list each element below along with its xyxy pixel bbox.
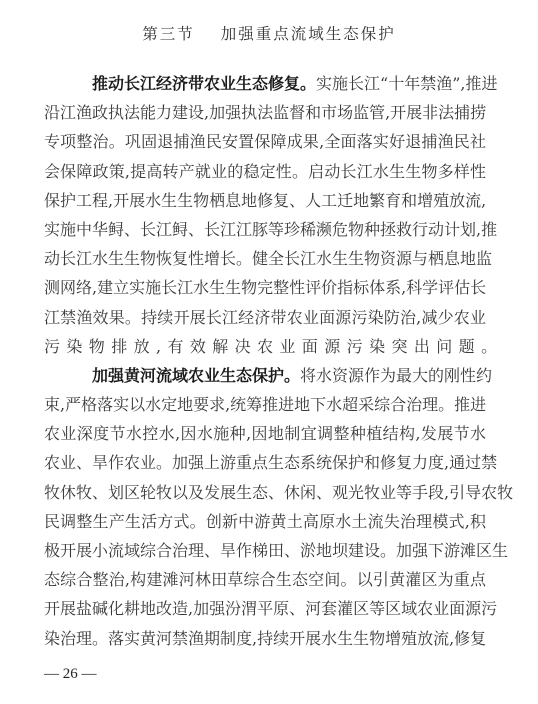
paragraph-1-line: 保护工程,开展水生生物栖息地修复、人工迁地繁育和增殖放流,	[44, 186, 486, 215]
page-number: — 26 —	[44, 666, 97, 683]
paragraph-1-line: 污染物排放,有效解决农业面源污染突出问题。	[44, 332, 486, 361]
paragraph-2-line: 农业深度节水控水,因水施种,因地制宜调整种植结构,发展节水	[44, 419, 486, 448]
paragraph-2-line: 极开展小流域综合治理、旱作梯田、淤地坝建设。加强下游滩区生	[44, 536, 486, 565]
paragraph-2-line-1: 加强黄河流域农业生态保护。将水资源作为最大的刚性约	[44, 361, 486, 390]
section-title-text: 加强重点流域生态保护	[221, 25, 396, 43]
paragraph-2-line: 牧休牧、划区轮牧以及发展生态、休闲、观光牧业等手段,引导农牧	[44, 478, 486, 507]
paragraph-1-line: 专项整治。巩固退捕渔民安置保障成果,全面落实好退捕渔民社	[44, 127, 486, 156]
paragraph-2-line: 民调整生产生活方式。创新中游黄土高原水土流失治理模式,积	[44, 507, 486, 536]
paragraph-1-line: 实施中华鲟、长江鲟、长江江豚等珍稀濒危物种拯救行动计划,推	[44, 215, 486, 244]
paragraph-1-line: 江禁渔效果。持续开展长江经济带农业面源污染防治,减少农业	[44, 303, 486, 332]
paragraph-2-heading: 加强黄河流域农业生态保护。	[92, 366, 300, 385]
paragraph-1-line: 动长江水生生物恢复性增长。健全长江水生生物资源与栖息地监	[44, 244, 486, 273]
paragraph-1-line-1: 推动长江经济带农业生态修复。实施长江“十年禁渔”,推进	[44, 69, 486, 98]
section-title: 第三节加强重点流域生态保护	[0, 22, 538, 44]
paragraph-1-line: 测网络,建立实施长江水生生物完整性评价指标体系,科学评估长	[44, 273, 486, 302]
document-body: 推动长江经济带农业生态修复。实施长江“十年禁渔”,推进 沿江渔政执法能力建设,加…	[44, 69, 486, 653]
paragraph-2-line: 态综合整治,构建滩河林田草综合生态空间。以引黄灌区为重点	[44, 565, 486, 594]
section-number: 第三节	[142, 25, 195, 43]
paragraph-1-heading: 推动长江经济带农业生态修复。	[92, 74, 316, 93]
paragraph-2-line: 农业、旱作农业。加强上游重点生态系统保护和修复力度,通过禁	[44, 448, 486, 477]
paragraph-2-line: 开展盐碱化耕地改造,加强汾渭平原、河套灌区等区域农业面源污	[44, 594, 486, 623]
paragraph-1-line: 会保障政策,提高转产就业的稳定性。启动长江水生生物多样性	[44, 157, 486, 186]
paragraph-2-line: 染治理。落实黄河禁渔期制度,持续开展水生生物增殖放流,修复	[44, 624, 486, 653]
paragraph-2-line: 束,严格落实以水定地要求,统筹推进地下水超采综合治理。推进	[44, 390, 486, 419]
paragraph-1-line: 沿江渔政执法能力建设,加强执法监督和市场监管,开展非法捕捞	[44, 98, 486, 127]
